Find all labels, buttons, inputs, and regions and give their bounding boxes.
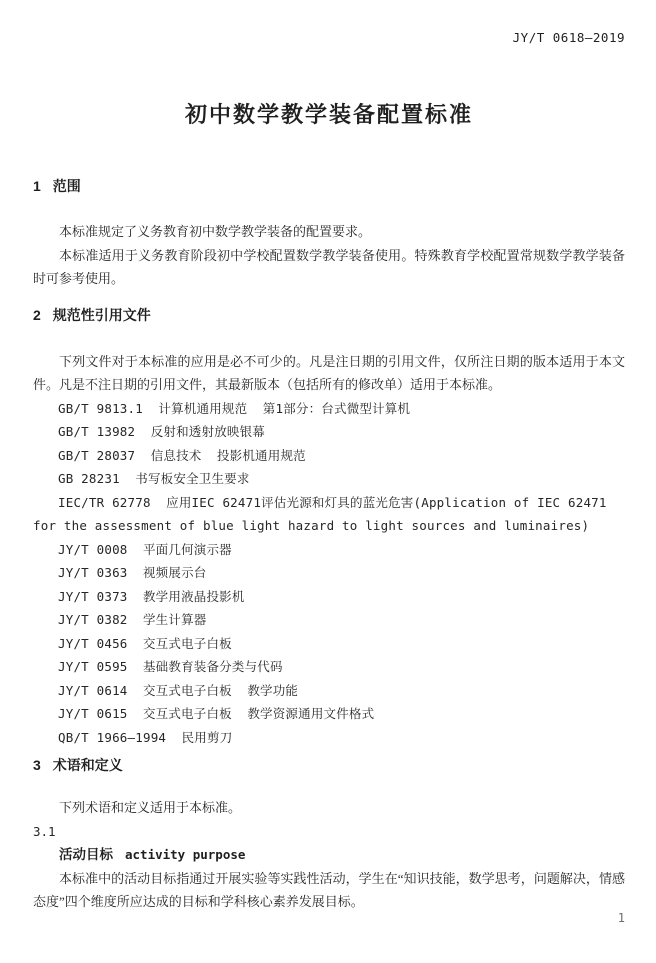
- section-3-number: 3: [33, 757, 41, 773]
- reference-item: QB/T 1966—1994 民用剪刀: [33, 726, 625, 750]
- section-1-number: 1: [33, 178, 41, 194]
- doc-title: 初中数学教学装备配置标准: [33, 102, 625, 128]
- reference-item: JY/T 0008 平面几何演示器: [33, 538, 625, 562]
- section-1-paragraph-1: 本标准规定了义务教育初中数学教学装备的配置要求。: [33, 220, 625, 244]
- reference-item: IEC/TR 62778 应用IEC 62471评估光源和灯具的蓝光危害(App…: [33, 491, 625, 538]
- doc-code: JY/T 0618—2019: [33, 30, 625, 46]
- term-line: 活动目标activity purpose: [33, 843, 625, 867]
- section-1-paragraph-2: 本标准适用于义务教育阶段初中学校配置数学教学装备使用。特殊教育学校配置常规数学教…: [33, 244, 625, 291]
- term-english: activity purpose: [125, 847, 245, 862]
- reference-item: GB/T 9813.1 计算机通用规范 第1部分：台式微型计算机: [33, 397, 625, 421]
- section-1-heading: 1范围: [33, 178, 625, 195]
- reference-item: JY/T 0615 交互式电子白板 教学资源通用文件格式: [33, 702, 625, 726]
- reference-item: JY/T 0614 交互式电子白板 教学功能: [33, 679, 625, 703]
- section-3-heading: 3术语和定义: [33, 757, 625, 774]
- reference-item: JY/T 0456 交互式电子白板: [33, 632, 625, 656]
- section-2-label: 规范性引用文件: [53, 307, 151, 323]
- document-page: JY/T 0618—2019 初中数学教学装备配置标准 1范围 本标准规定了义务…: [0, 0, 656, 963]
- reference-item: JY/T 0363 视频展示台: [33, 561, 625, 585]
- term-chinese: 活动目标: [59, 847, 113, 862]
- section-3-intro: 下列术语和定义适用于本标准。: [33, 796, 625, 820]
- section-2-heading: 2规范性引用文件: [33, 307, 625, 324]
- section-2-number: 2: [33, 307, 41, 323]
- section-3-label: 术语和定义: [53, 757, 123, 773]
- reference-item: JY/T 0382 学生计算器: [33, 608, 625, 632]
- reference-item: JY/T 0373 教学用液晶投影机: [33, 585, 625, 609]
- section-2-intro: 下列文件对于本标准的应用是必不可少的。凡是注日期的引用文件，仅所注日期的版本适用…: [33, 350, 625, 397]
- reference-item: GB 28231 书写板安全卫生要求: [33, 467, 625, 491]
- term-definition: 本标准中的活动目标指通过开展实验等实践性活动，学生在“知识技能，数学思考，问题解…: [33, 867, 625, 914]
- reference-item: JY/T 0595 基础教育装备分类与代码: [33, 655, 625, 679]
- section-1-label: 范围: [53, 178, 81, 194]
- reference-item: GB/T 13982 反射和透射放映银幕: [33, 420, 625, 444]
- reference-item: GB/T 28037 信息技术 投影机通用规范: [33, 444, 625, 468]
- page-number: 1: [618, 907, 625, 931]
- clause-number: 3.1: [33, 820, 625, 844]
